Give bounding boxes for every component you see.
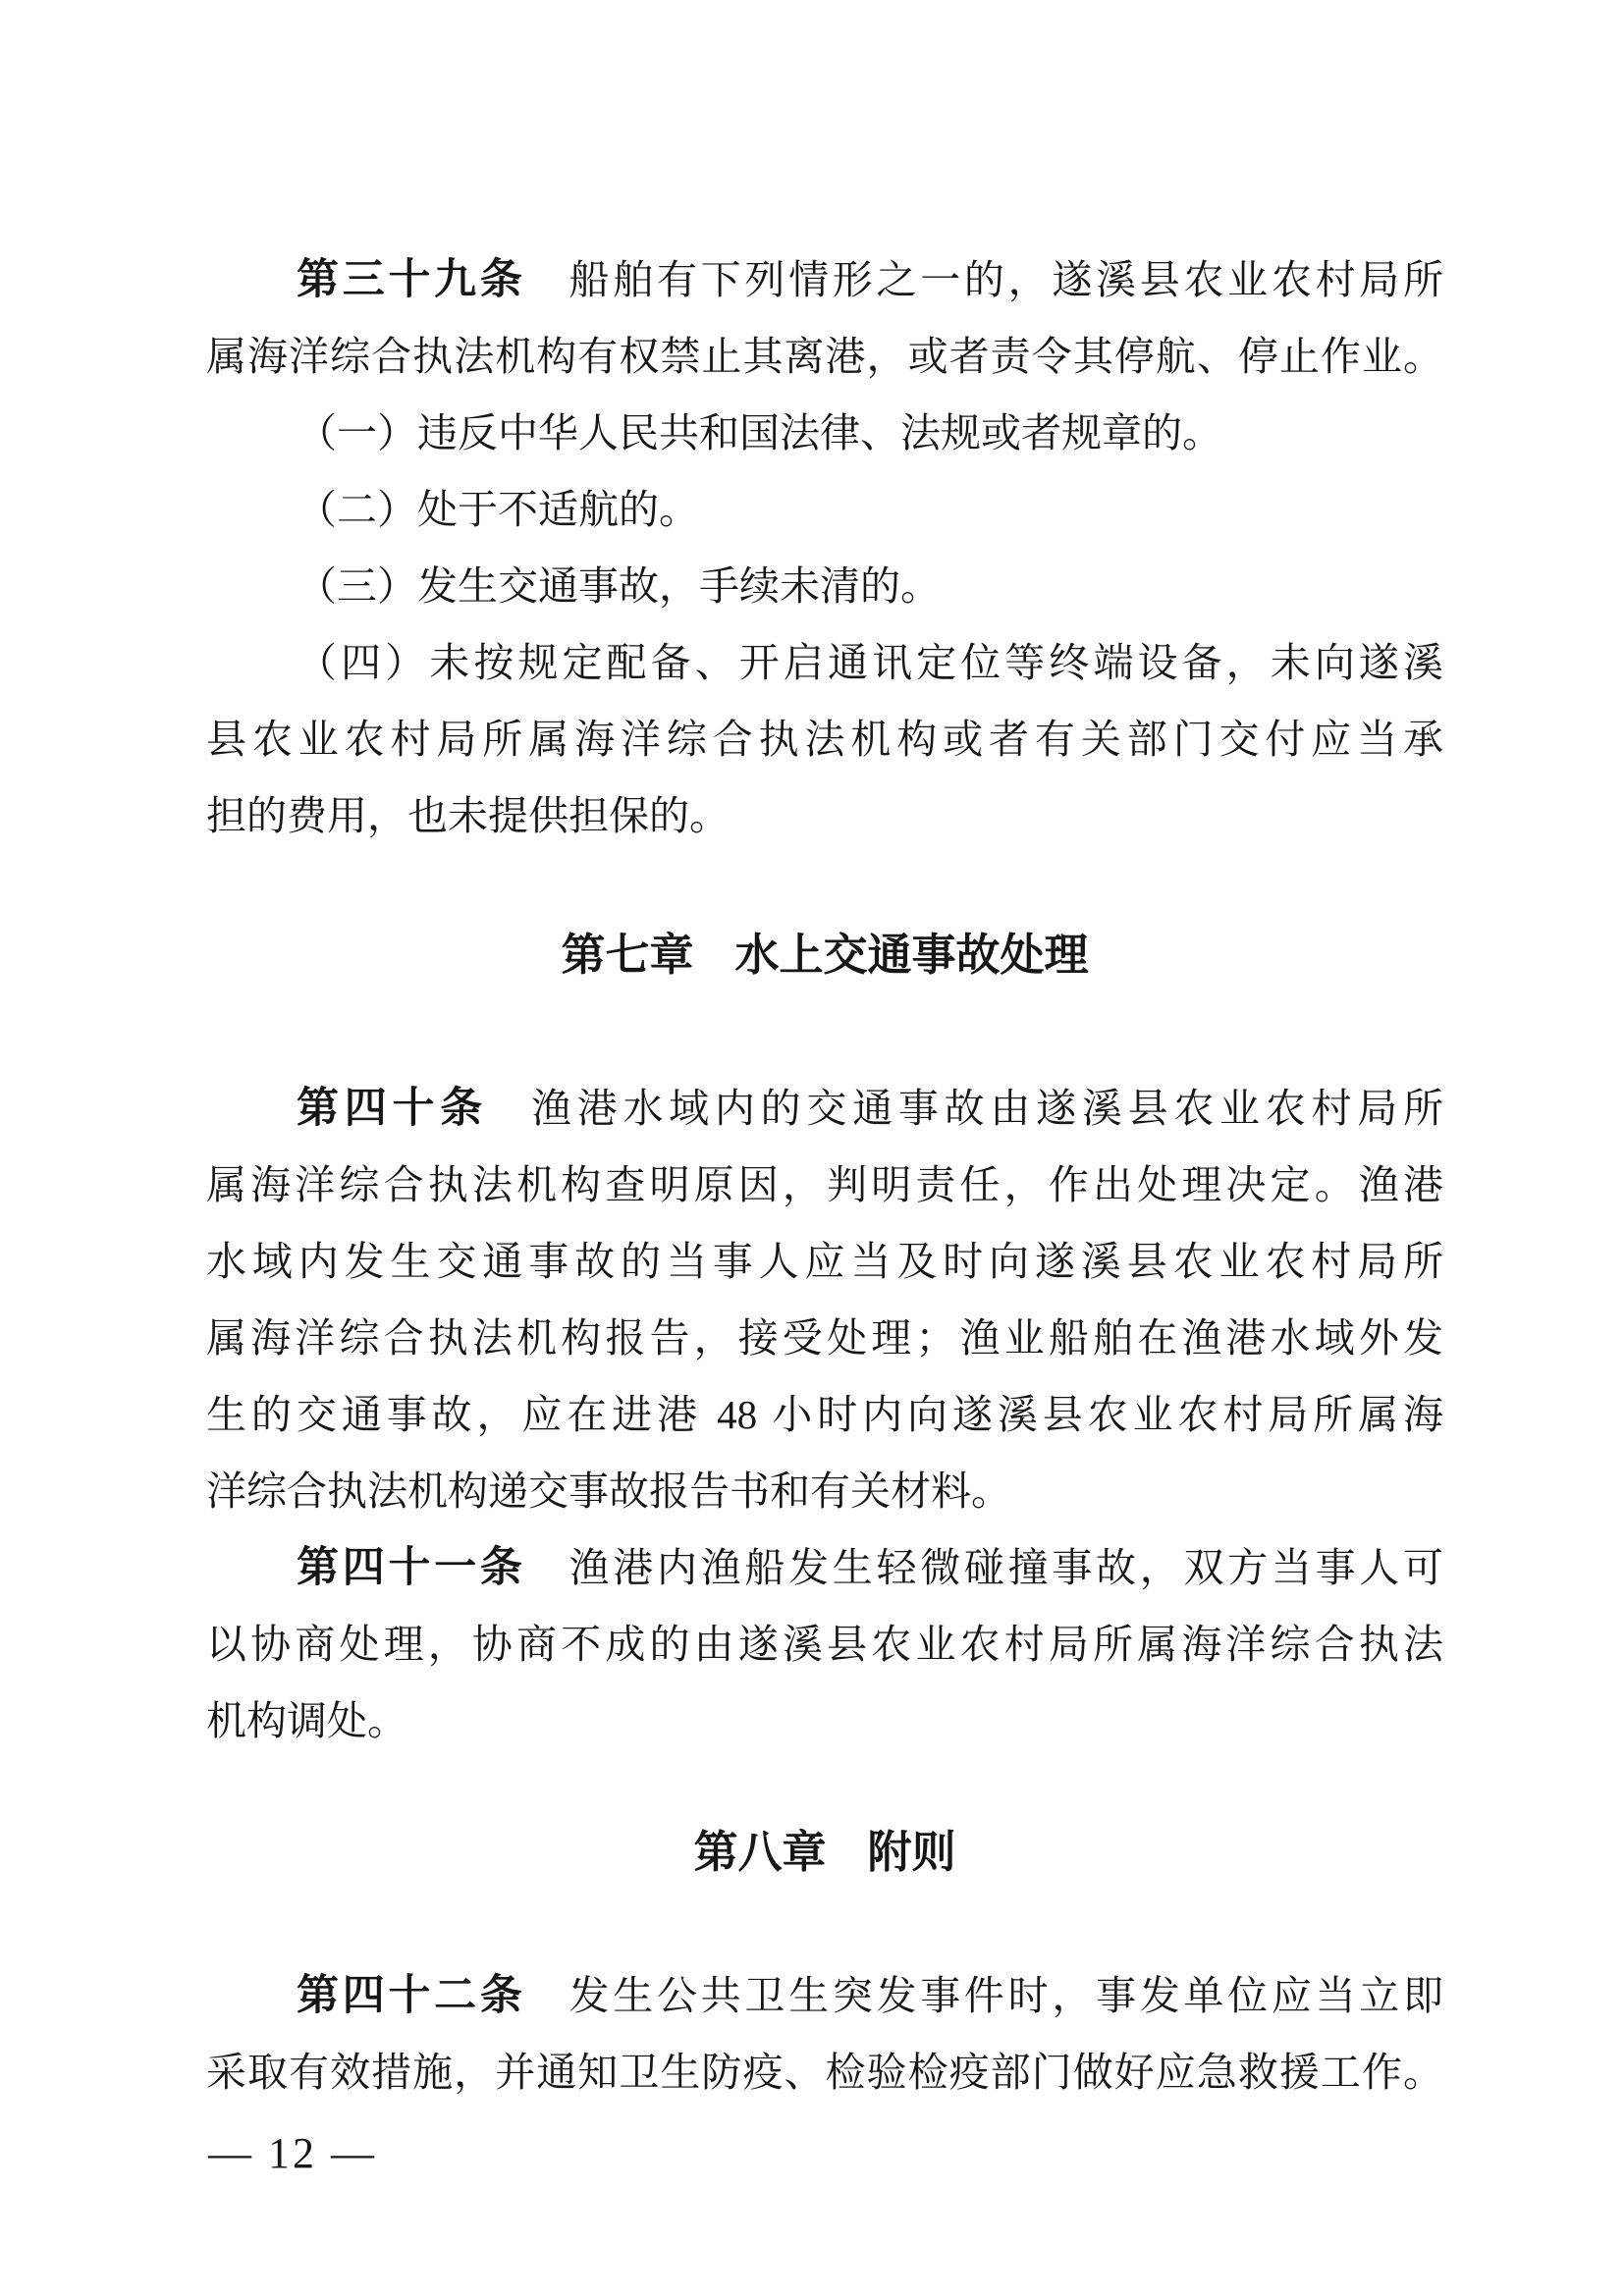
- article-39-line-1-text: 船舶有下列情形之一的，遂溪县农业农村局所: [569, 257, 1443, 302]
- article-40-line-1: 第四十条渔港水域内的交通事故由遂溪县农业农村局所: [206, 1070, 1443, 1147]
- chapter-7-heading: 第七章水上交通事故处理: [206, 917, 1443, 993]
- page-number: — 12 —: [208, 2128, 377, 2179]
- article-39-item-1: （一）违反中华人民共和国法律、法规或者规章的。: [206, 395, 1443, 471]
- article-39-line-1: 第三十九条船舶有下列情形之一的，遂溪县农业农村局所: [206, 241, 1443, 318]
- article-41-line-2: 以协商处理，协商不成的由遂溪县农业农村局所属海洋综合执法: [206, 1606, 1443, 1682]
- article-40-line-1-text: 渔港水域内的交通事故由遂溪县农业农村局所: [531, 1086, 1443, 1131]
- article-39-item-2: （二）处于不适航的。: [206, 471, 1443, 548]
- article-39: 第三十九条船舶有下列情形之一的，遂溪县农业农村局所 属海洋综合执法机构有权禁止其…: [206, 0, 1443, 854]
- chapter-8-title: 附则: [868, 1827, 956, 1877]
- document-page: 第三十九条船舶有下列情形之一的，遂溪县农业农村局所 属海洋综合执法机构有权禁止其…: [0, 0, 1624, 2296]
- article-42-line-2: 采取有效措施，并通知卫生防疫、检验检疫部门做好应急救援工作。: [206, 2034, 1443, 2110]
- article-41-number: 第四十一条: [297, 1544, 526, 1591]
- article-42-line-1-text: 发生公共卫生突发事件时，事发单位应当立即: [569, 1973, 1443, 2018]
- article-40-line-4: 属海洋综合执法机构报告，接受处理；渔业船舶在渔港水域外发: [206, 1300, 1443, 1376]
- article-39-item-4-line-3: 担的费用，也未提供担保的。: [206, 777, 1443, 854]
- article-41-line-1-text: 渔港内渔船发生轻微碰撞事故，双方当事人可: [569, 1545, 1443, 1590]
- article-42-line-1: 第四十二条发生公共卫生突发事件时，事发单位应当立即: [206, 1957, 1443, 2034]
- chapter-7-title: 水上交通事故处理: [735, 930, 1089, 980]
- article-40-line-5: 生的交通事故，应在进港 48 小时内向遂溪县农业农村局所属海: [206, 1376, 1443, 1453]
- chapter-8-number: 第八章: [693, 1827, 826, 1877]
- article-39-item-4-line-2: 县农业农村局所属海洋综合执法机构或者有关部门交付应当承: [206, 701, 1443, 777]
- article-42: 第四十二条发生公共卫生突发事件时，事发单位应当立即 采取有效措施，并通知卫生防疫…: [206, 1957, 1443, 2110]
- article-39-item-4-line-1: （四）未按规定配备、开启通讯定位等终端设备，未向遂溪: [206, 624, 1443, 701]
- article-42-number: 第四十二条: [297, 1972, 526, 2019]
- document-body: 第三十九条船舶有下列情形之一的，遂溪县农业农村局所 属海洋综合执法机构有权禁止其…: [206, 0, 1443, 2110]
- article-41: 第四十一条渔港内渔船发生轻微碰撞事故，双方当事人可 以协商处理，协商不成的由遂溪…: [206, 1529, 1443, 1759]
- article-40-line-3: 水域内发生交通事故的当事人应当及时向遂溪县农业农村局所: [206, 1223, 1443, 1300]
- article-40-number: 第四十条: [297, 1085, 488, 1132]
- article-39-line-2: 属海洋综合执法机构有权禁止其离港，或者责令其停航、停止作业。: [206, 318, 1443, 395]
- article-40: 第四十条渔港水域内的交通事故由遂溪县农业农村局所 属海洋综合执法机构查明原因，判…: [206, 1070, 1443, 1529]
- chapter-8-heading: 第八章附则: [206, 1814, 1443, 1891]
- chapter-7-number: 第七章: [561, 930, 693, 980]
- article-40-line-6: 洋综合执法机构递交事故报告书和有关材料。: [206, 1453, 1443, 1529]
- article-39-number: 第三十九条: [297, 256, 526, 303]
- article-39-item-3: （三）发生交通事故，手续未清的。: [206, 548, 1443, 624]
- article-41-line-3: 机构调处。: [206, 1682, 1443, 1759]
- article-41-line-1: 第四十一条渔港内渔船发生轻微碰撞事故，双方当事人可: [206, 1529, 1443, 1606]
- article-40-line-2: 属海洋综合执法机构查明原因，判明责任，作出处理决定。渔港: [206, 1147, 1443, 1223]
